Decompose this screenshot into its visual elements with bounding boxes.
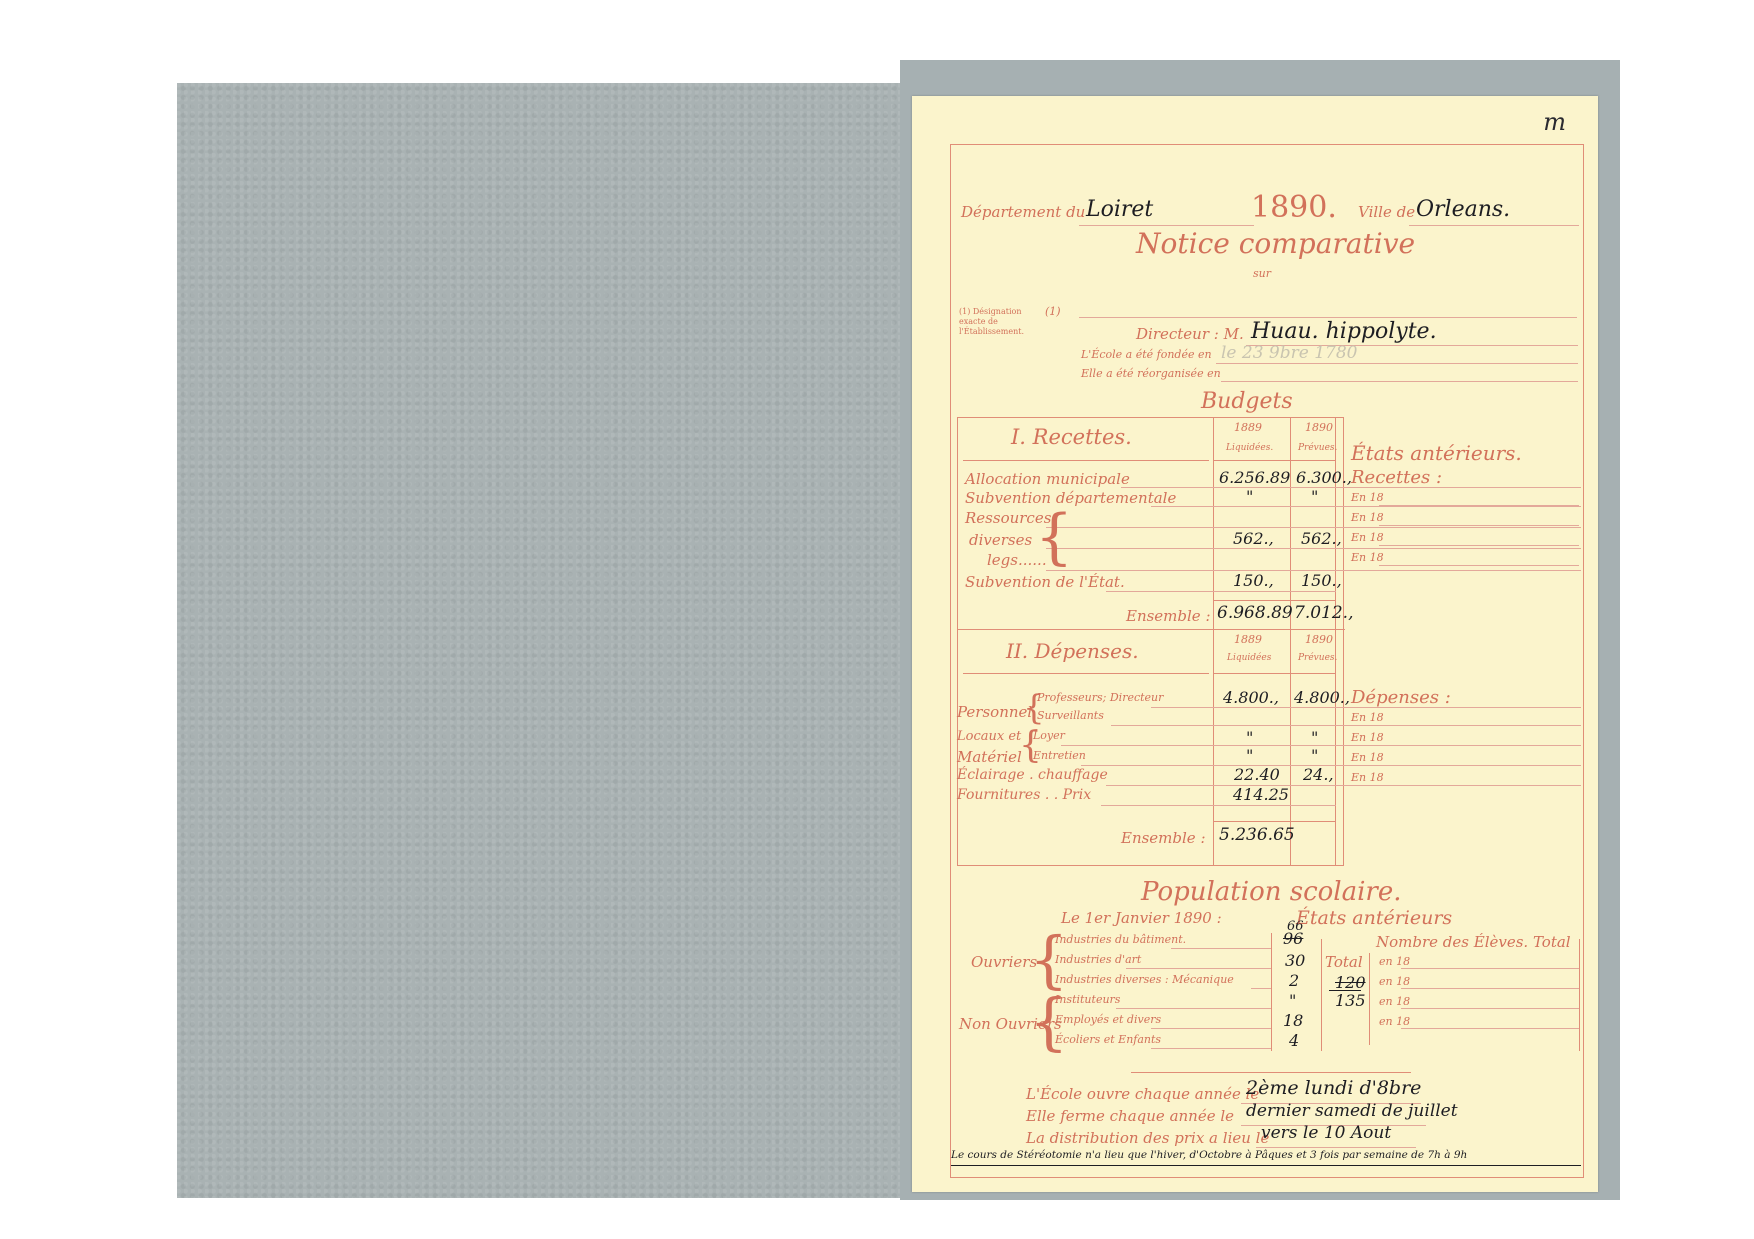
left-cover [177, 83, 907, 1198]
population-row-value: 18 [1283, 1011, 1303, 1030]
anterieurs-line: en 18 [1379, 1015, 1410, 1028]
recettes-total-label: Ensemble : [1126, 607, 1211, 625]
depenses-row-label: Éclairage . chauffage [957, 767, 1108, 783]
year-heading: 1890. [1251, 190, 1337, 225]
population-row-value: 2 [1289, 971, 1299, 990]
recettes-total-1889: 6.968.89 [1217, 603, 1293, 623]
etats-anterieurs-title: États antérieurs. [1351, 441, 1522, 465]
recettes-row-label: Subvention de l'État. [965, 573, 1125, 591]
depenses-row-1890: 24., [1303, 765, 1334, 784]
recettes-row-1889: 562., [1233, 529, 1274, 548]
depenses-row-label: Loyer [1033, 729, 1065, 742]
etats-depenses-line: En 18 [1351, 771, 1384, 784]
etats-depenses-line: En 18 [1351, 751, 1384, 764]
depenses-group-personnel: Personnel [957, 703, 1032, 721]
recettes-row-1889: " [1246, 487, 1253, 506]
reorganisee-label: Elle a été réorganisée en [1081, 367, 1221, 380]
etats-depenses-label: Dépenses : [1351, 687, 1451, 708]
depenses-row-label: Surveillants [1037, 709, 1104, 722]
directeur-label: Directeur : M. [1136, 325, 1244, 343]
population-row-label: Écoliers et Enfants [1055, 1033, 1161, 1046]
recettes-row-1890: 150., [1301, 571, 1342, 590]
depenses-row-1889: 414.25 [1233, 785, 1289, 804]
document-page: m Département du Loiret 1890. Ville de O… [912, 96, 1598, 1192]
distribution-value: vers le 10 Aout [1261, 1123, 1391, 1143]
depenses-1889-year: 1889 [1234, 633, 1262, 646]
ferme-label: Elle ferme chaque année le [1026, 1107, 1234, 1125]
fondee-value: le 23 9bre 1780 [1221, 343, 1358, 363]
recettes-1889-sub: Liquidées. [1226, 443, 1273, 453]
population-title: Population scolaire. [1141, 877, 1402, 907]
anterieurs-line: en 18 [1379, 955, 1410, 968]
depenses-1890-year: 1890 [1305, 633, 1333, 646]
depenses-row-1890: 4.800., [1294, 688, 1350, 707]
departement-value: Loiret [1086, 197, 1153, 222]
etats-recettes-label: Recettes : [1351, 467, 1442, 488]
recettes-row-1890: 6.300., [1296, 468, 1352, 487]
population-row-value: 30 [1285, 951, 1305, 970]
etats-depenses-line: En 18 [1351, 711, 1384, 724]
etats-recettes-line: En 18 [1351, 531, 1384, 544]
fondee-label: L'École a été fondée en [1081, 348, 1212, 361]
population-row-value: " [1289, 991, 1296, 1010]
depenses-row-label: Fournitures . . Prix [957, 787, 1091, 803]
distribution-label: La distribution des prix a lieu le [1026, 1129, 1269, 1147]
recettes-row-1889: 150., [1233, 571, 1274, 590]
recettes-row-1889: 6.256.89 [1219, 468, 1290, 487]
depenses-total-1889: 5.236.65 [1219, 825, 1295, 845]
recettes-1890-year: 1890 [1305, 421, 1333, 434]
ouvre-label: L'École ouvre chaque année le [1026, 1085, 1259, 1103]
nombre-eleves-label: Nombre des Élèves. Total [1376, 933, 1571, 951]
depenses-total-label: Ensemble : [1121, 829, 1206, 847]
document-title: Notice comparative [1136, 227, 1415, 260]
depenses-row-1889: " [1246, 746, 1253, 765]
population-row-label: Industries d'art [1055, 953, 1141, 966]
anterieurs-line: en 18 [1379, 975, 1410, 988]
recettes-brace: { [1035, 507, 1073, 567]
population-row-label: Industries diverses : Mécanique [1055, 973, 1234, 986]
recettes-heading: I. Recettes. [1011, 425, 1132, 449]
population-etats-title: États antérieurs [1296, 907, 1452, 929]
anterieurs-line: en 18 [1379, 995, 1410, 1008]
depenses-row-label: Entretien [1033, 749, 1086, 762]
depenses-1889-sub: Liquidées [1227, 653, 1271, 663]
folio-mark: m [1543, 108, 1566, 136]
ouvriers-label: Ouvriers [971, 953, 1037, 971]
depenses-row-1890: " [1311, 746, 1318, 765]
footer-note: Le cours de Stéréotomie n'a lieu que l'h… [951, 1149, 1467, 1161]
population-row-value: 4 [1289, 1031, 1299, 1050]
designation-margin-note: (1) Désignation exacte de l'Établissemen… [959, 307, 1039, 337]
recettes-row-label: Allocation municipale [965, 470, 1130, 488]
etats-depenses-line: En 18 [1351, 731, 1384, 744]
etats-recettes-line: En 18 [1351, 551, 1384, 564]
population-row-label: Employés et divers [1055, 1013, 1161, 1026]
depenses-row-1889: 22.40 [1234, 765, 1280, 784]
depenses-row-label: Professeurs; Directeur [1037, 691, 1163, 704]
departement-label: Département du [961, 203, 1085, 221]
etats-recettes-line: En 18 [1351, 511, 1384, 524]
depenses-row-1889: 4.800., [1223, 688, 1279, 707]
recettes-total-1890: 7.012., [1294, 603, 1353, 623]
population-row-label: Instituteurs [1055, 993, 1120, 1006]
depenses-group-materiel: Matériel [957, 748, 1022, 766]
ferme-value: dernier samedi de juillet [1246, 1101, 1458, 1121]
population-total-label: Total [1325, 953, 1363, 971]
recettes-row-1890: 562., [1301, 529, 1342, 548]
ouvre-value: 2ème lundi d'8bre [1246, 1077, 1421, 1099]
population-total-value: 135 [1335, 991, 1366, 1010]
directeur-value: Huau. hippolyte. [1251, 319, 1437, 344]
population-row-value: 66 [1287, 919, 1304, 934]
population-row-label: Industries du bâtiment. [1055, 933, 1186, 946]
ville-value: Orleans. [1416, 197, 1510, 222]
depenses-1890-sub: Prévues. [1298, 653, 1337, 663]
depenses-heading: II. Dépenses. [1006, 639, 1139, 663]
recettes-1890-sub: Prévues. [1298, 443, 1337, 453]
recettes-row-label: diverses [969, 531, 1032, 549]
population-date: Le 1er Janvier 1890 : [1061, 909, 1222, 927]
etats-recettes-line: En 18 [1351, 491, 1384, 504]
recettes-row-1890: " [1311, 487, 1318, 506]
designation-marker: (1) [1045, 305, 1061, 318]
recettes-1889-year: 1889 [1234, 421, 1262, 434]
depenses-group-locaux: Locaux et [957, 729, 1021, 744]
budgets-title: Budgets [1201, 389, 1293, 414]
document-subtitle: sur [1253, 267, 1271, 280]
ville-label: Ville de [1358, 203, 1415, 221]
page-frame: Département du Loiret 1890. Ville de Orl… [950, 144, 1584, 1178]
